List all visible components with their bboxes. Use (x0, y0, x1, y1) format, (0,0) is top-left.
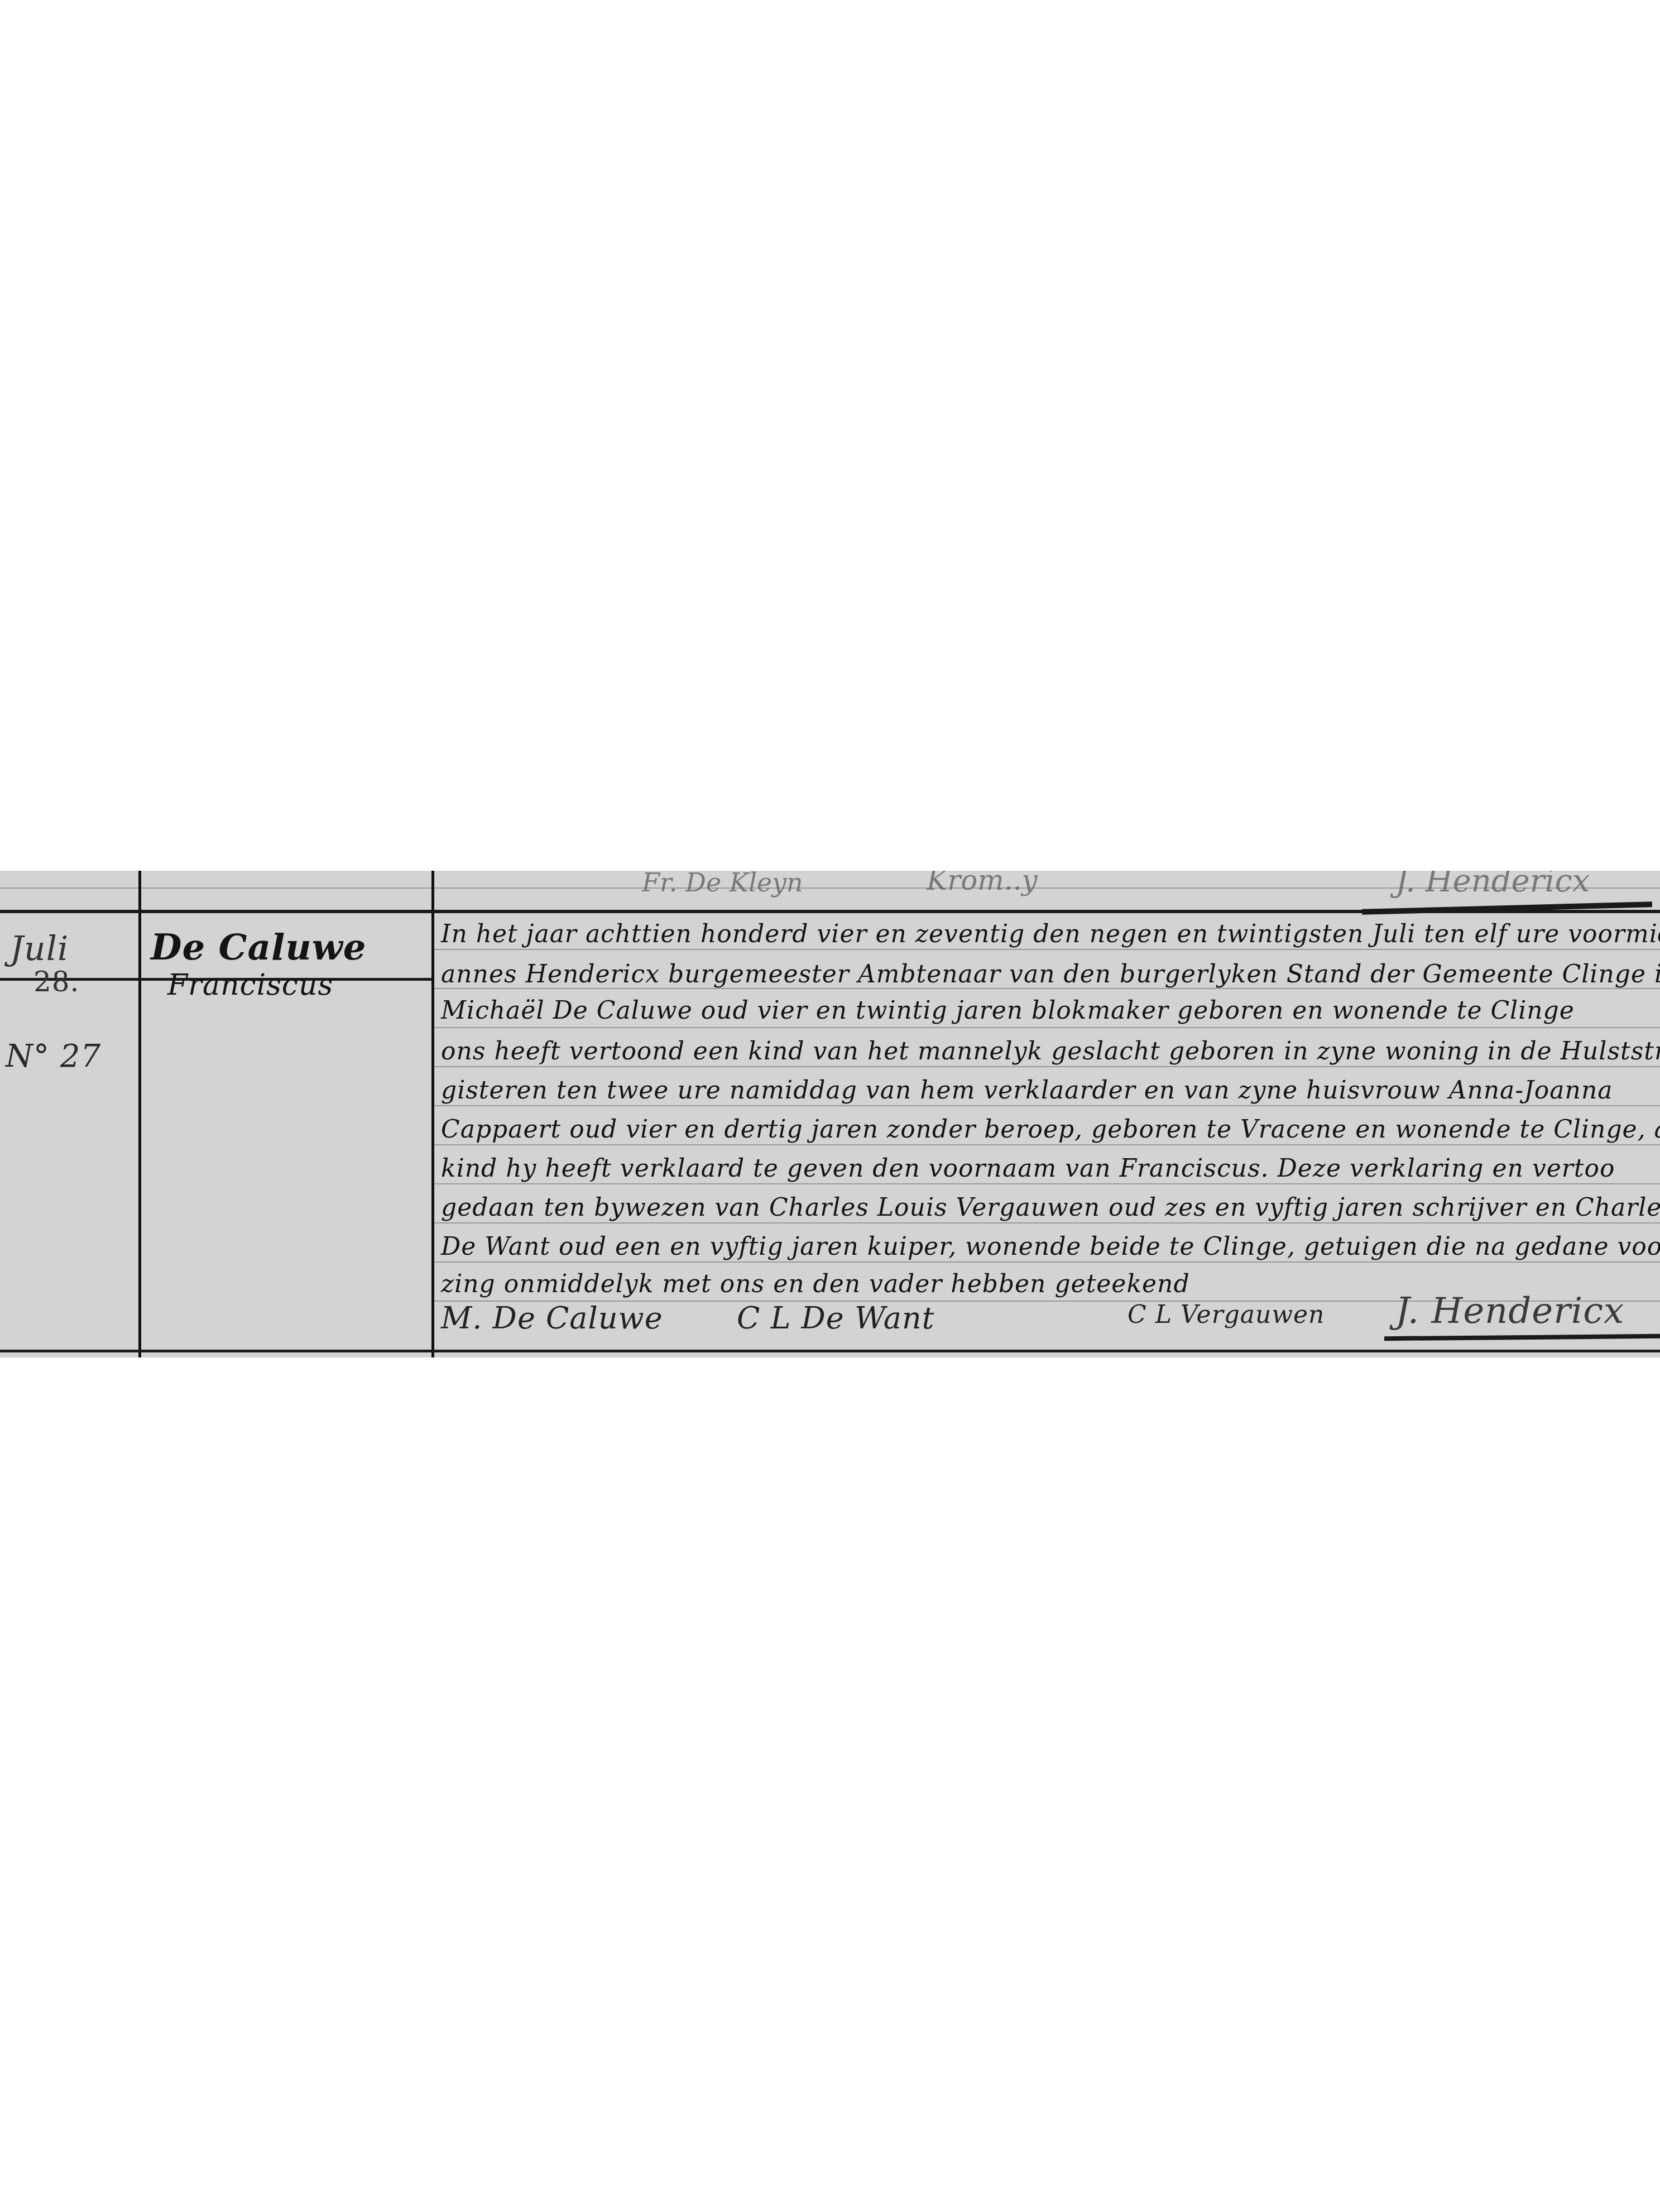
body-line-6: Cappaert oud vier en dertig jaren zonder… (441, 1115, 1660, 1144)
child-surname: De Caluwe (151, 927, 367, 968)
column-divider-name (431, 871, 434, 1357)
signature-witness-vergauwen: C L Vergauwen (1128, 1301, 1325, 1329)
body-line-7: kind hy heeft verklaard te geven den voo… (441, 1154, 1615, 1183)
ruled-line (433, 949, 1660, 950)
ruled-line (433, 1222, 1660, 1223)
previous-signature-middle: Krom..y (927, 871, 1038, 896)
date-day: 28. (33, 966, 80, 998)
ruled-line (433, 1066, 1660, 1067)
ruled-line (433, 1105, 1660, 1106)
entry-number: N° 27 (6, 1038, 101, 1074)
previous-signature-right: J. Hendericx (1395, 871, 1590, 899)
date-month: Juli (10, 929, 69, 968)
child-given-name: Franciscus (167, 968, 333, 1002)
ruled-line (433, 1027, 1660, 1028)
body-line-1: In het jaar achttien honderd vier en zev… (441, 920, 1660, 948)
row-bottom-border (0, 1350, 1660, 1352)
body-line-5: gisteren ten twee ure namiddag van hem v… (441, 1076, 1613, 1105)
body-line-2: annes Hendericx burgemeester Ambtenaar v… (441, 960, 1660, 989)
signature-father: M. De Caluwe (441, 1301, 663, 1336)
signature-official: J. Hendericx (1395, 1290, 1624, 1332)
signature-flourish-bottom (1384, 1334, 1660, 1341)
scanned-register-strip: Fr. De Kleyn Krom..y J. Hendericx Juli 2… (0, 871, 1660, 1357)
body-line-10: zing onmiddelyk met ons en den vader heb… (441, 1270, 1190, 1298)
ruled-line (433, 1183, 1660, 1184)
signature-witness-de-want: C L De Want (737, 1301, 934, 1336)
body-line-3: Michaël De Caluwe oud vier en twintig ja… (441, 996, 1575, 1025)
body-line-4: ons heeft vertoond een kind van het mann… (441, 1037, 1660, 1066)
ruled-line (433, 1261, 1660, 1263)
body-line-8: gedaan ten bywezen van Charles Louis Ver… (441, 1193, 1660, 1222)
body-line-9: De Want oud een en vyftig jaren kuiper, … (441, 1232, 1660, 1261)
column-divider-date (138, 871, 141, 1357)
ruled-line (433, 1144, 1660, 1145)
previous-signature-left: Fr. De Kleyn (642, 871, 803, 898)
